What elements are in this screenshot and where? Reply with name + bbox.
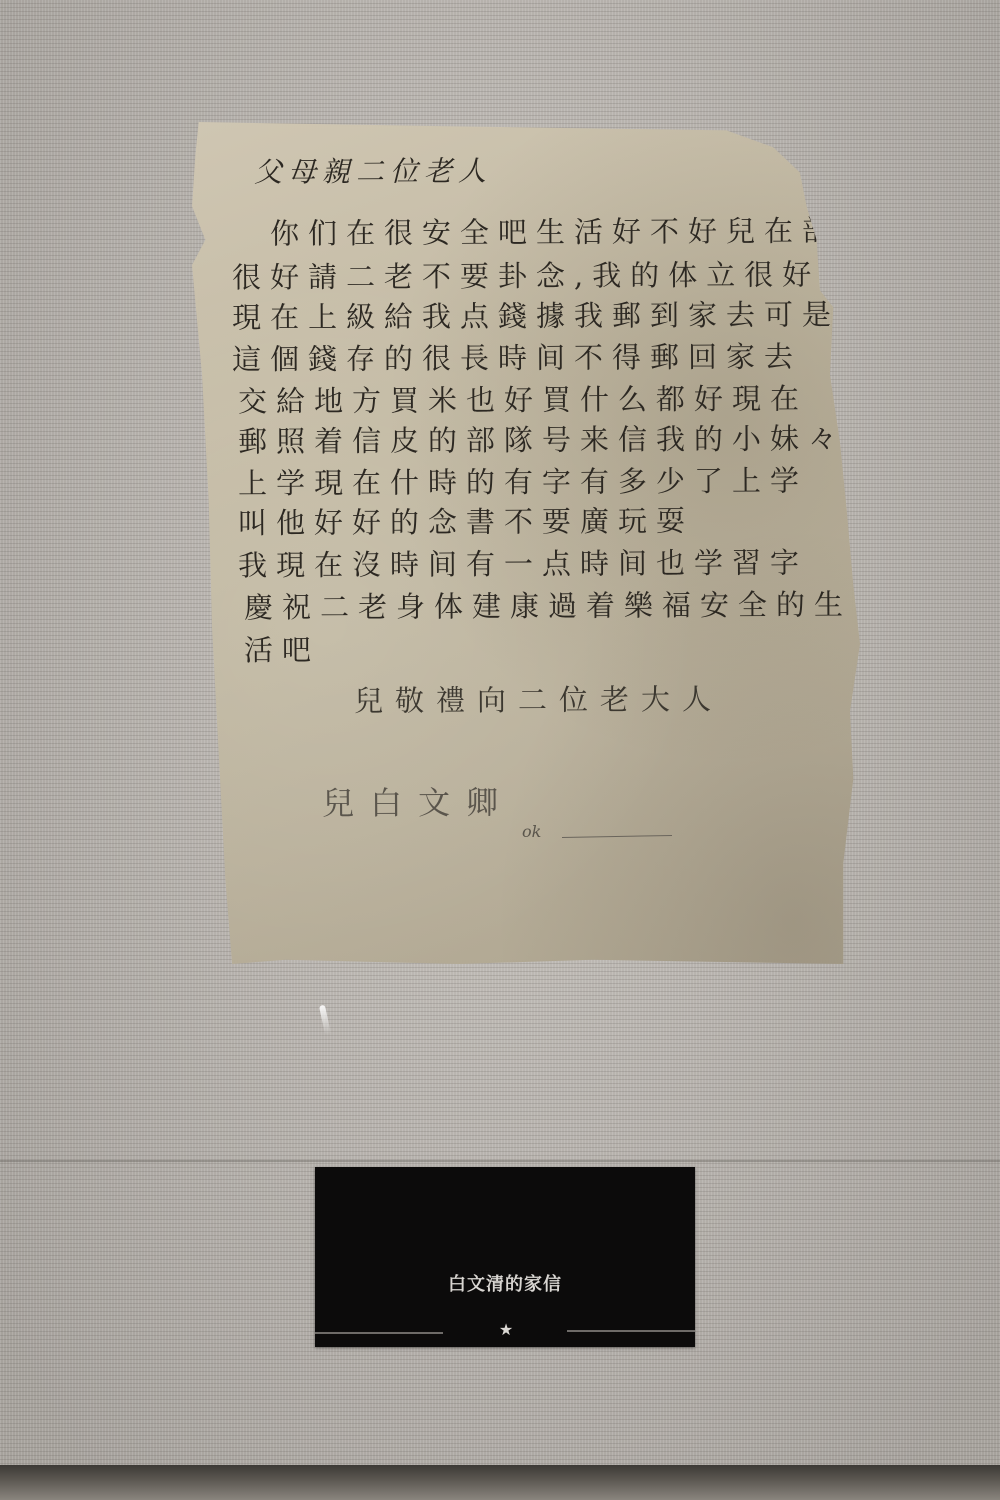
letter-line: 活吧 <box>244 628 320 669</box>
letter-salutation: 父母親二位老人 <box>254 149 492 190</box>
exhibit-placard: 白文清的家信 ★ <box>315 1167 695 1347</box>
letter-paper: 父母親二位老人 你们在很安全吧生活好不好兒在部隊 很好請二老不要卦念,我的体立很… <box>192 122 860 964</box>
placard-rule-right <box>567 1330 695 1332</box>
letter-line: 現在上級給我点錢據我郵到家去可是 <box>232 292 840 336</box>
letter-line: 交給地方買米也好買什么都好現在 <box>238 377 808 421</box>
letter-line: 郵照着信皮的部隊号来信我的小妹々 <box>238 416 846 460</box>
display-case-edge <box>0 1465 1000 1500</box>
placard-rule-left <box>315 1332 443 1334</box>
signature-mark: ok <box>522 822 672 842</box>
letter-line: 很好請二老不要卦念,我的体立很好 <box>232 252 820 296</box>
placard-title: 白文清的家信 <box>315 1270 695 1296</box>
letter-line: 你们在很安全吧生活好不好兒在部隊 <box>270 208 878 252</box>
letter-signature: 兒白文卿 <box>322 777 514 824</box>
handwritten-letter: 父母親二位老人 你们在很安全吧生活好不好兒在部隊 很好請二老不要卦念,我的体立很… <box>192 122 860 964</box>
letter-line: 叫他好好的念書不要廣玩耍 <box>238 499 694 542</box>
letter-line: 這個錢存的很長時间不得郵回家去 <box>232 335 802 379</box>
star-icon: ★ <box>495 1320 517 1339</box>
letter-closing: 兒敬禮向二位老大人 <box>354 677 723 720</box>
letter-line: 上学現在什時的有字有多少了上学 <box>238 459 808 503</box>
mount-seam <box>0 1160 1000 1162</box>
letter-line: 慶祝二老身体建康過着樂福安全的生 <box>244 582 852 626</box>
letter-line: 我現在沒時间有一点時间也学習字 <box>238 541 808 585</box>
